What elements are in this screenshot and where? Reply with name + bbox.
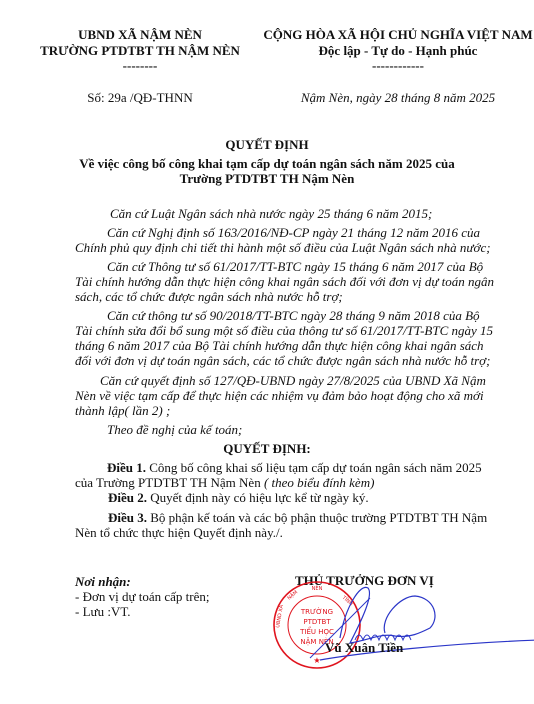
article-3-text: Bộ phận kế toán và các bộ phận thuộc trư… (147, 510, 487, 525)
basis-3-line1: Căn cứ Thông tư số 61/2017/TT-BTC ngày 1… (107, 259, 483, 274)
national-motto: Độc lập - Tự do - Hạnh phúc (262, 43, 534, 58)
basis-4-line4: đối với đơn vị dự toán ngân sách, các tổ… (75, 353, 490, 368)
article-3-label: Điều 3. (108, 510, 147, 525)
document-title: QUYẾT ĐỊNH (0, 137, 534, 152)
document-subject-line1: Về việc công bố công khai tạm cấp dự toá… (0, 156, 534, 171)
document-subject-line2: Trường PTDTBT TH Nậm Nèn (0, 171, 534, 186)
org-parent: UBND XÃ NẬM NÈN (40, 27, 240, 42)
basis-4-line2: Tài chính sửa đổi bổ sung một số điều củ… (75, 323, 493, 338)
svg-text:NẬM: NẬM (286, 589, 299, 602)
recipient-item: - Đơn vị dự toán cấp trên; (75, 589, 210, 604)
basis-6-line1: Theo đề nghị của kế toán; (107, 422, 242, 437)
article-1-line2: của Trường PTDTBT TH Nậm Nèn ( theo biểu… (75, 475, 374, 490)
basis-2-line1: Căn cứ Nghị định số 163/2016/NĐ-CP ngày … (107, 225, 480, 240)
signer-name: Vũ Xuân Tiền (325, 640, 403, 655)
header-left-divider: -------- (40, 58, 240, 73)
place-date: Nậm Nèn, ngày 28 tháng 8 năm 2025 (262, 90, 534, 105)
article-1-label: Điều 1. (107, 460, 146, 475)
recipients-label: Nơi nhận: (75, 574, 131, 589)
article-1-text: Công bố công khai số liệu tạm cấp dự toá… (146, 460, 482, 475)
article-3-line2: Nèn tổ chức thực hiện Quyết định này./. (75, 525, 283, 540)
basis-4-line1: Căn cứ thông tư số 90/2018/TT-BTC ngày 2… (107, 308, 480, 323)
article-2-line: Điều 2. Quyết định này có hiệu lực kể từ… (108, 490, 369, 505)
article-3-line1: Điều 3. Bộ phận kế toán và các bộ phận t… (108, 510, 487, 525)
article-1-note: ( theo biểu đính kèm) (264, 475, 374, 490)
basis-5-line3: thành lập( lần 2) ; (75, 403, 170, 418)
org-name: TRƯỜNG PTDTBT TH NẬM NÈN (40, 43, 240, 58)
basis-1-line1: Căn cứ Luật Ngân sách nhà nước ngày 25 t… (110, 206, 432, 221)
article-1-line1: Điều 1. Công bố công khai số liệu tạm cấ… (107, 460, 482, 475)
article-2-label: Điều 2. (108, 490, 147, 505)
basis-2-line2: Chính phủ quy định chi tiết thi hành một… (75, 240, 491, 255)
recipient-item: - Lưu :VT. (75, 604, 131, 619)
header-right-divider: ------------ (262, 58, 534, 73)
document-number: Số: 29a /QĐ-THNN (40, 90, 240, 105)
decision-heading: QUYẾT ĐỊNH: (0, 441, 534, 456)
basis-3-line2: Tài chính hướng dẫn thực hiện công khai … (75, 274, 494, 289)
basis-4-line3: tháng 6 năm 2017 của Bộ Tài chính hướng … (75, 338, 484, 353)
basis-3-line3: sách, các tổ chức được ngân sách nhà nướ… (75, 289, 343, 304)
basis-5-line1: Căn cứ quyết định số 127/QĐ-UBND ngày 27… (100, 373, 486, 388)
article-2-text: Quyết định này có hiệu lực kể từ ngày ký… (147, 490, 369, 505)
article-1-text2: của Trường PTDTBT TH Nậm Nèn (75, 475, 264, 490)
basis-5-line2: Nèn về việc tạm cấp để thực hiện các nhi… (75, 388, 484, 403)
country-name: CỘNG HÒA XÃ HỘI CHỦ NGHĨA VIỆT NAM (262, 27, 534, 42)
